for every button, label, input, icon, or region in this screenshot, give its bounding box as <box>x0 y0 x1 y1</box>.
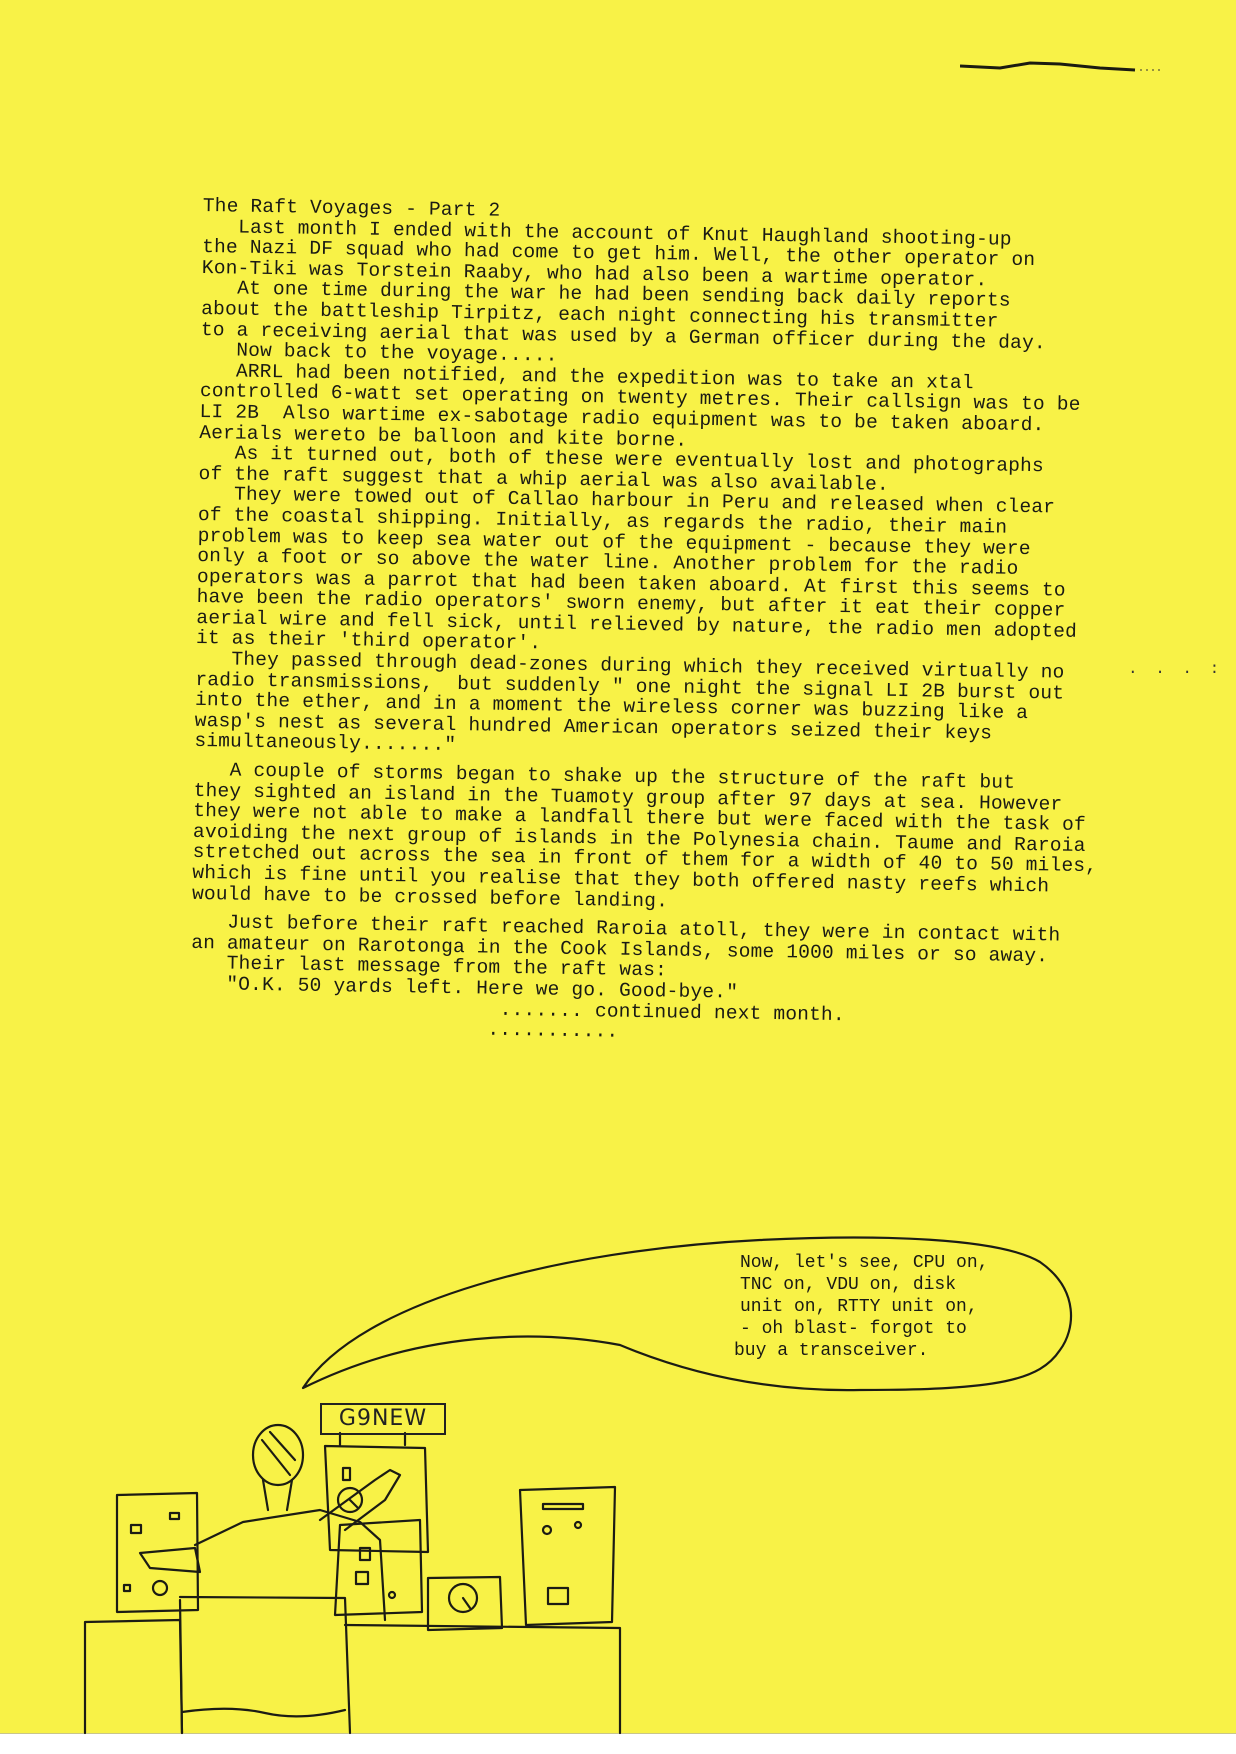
callsign-sign: G9NEW <box>320 1403 446 1435</box>
speech-bubble-text: Now, let's see, CPU on,TNC on, VDU on, d… <box>740 1252 1070 1362</box>
ink-smudge <box>960 60 1160 74</box>
speech-bubble-line: buy a transceiver. <box>734 1340 1070 1362</box>
newsletter-page: The Raft Voyages - Part 2 Last month I e… <box>0 0 1236 1733</box>
margin-marks: . . . : <box>1128 660 1223 678</box>
speech-bubble-line: - oh blast- forgot to <box>740 1318 1070 1340</box>
speech-bubble-line: TNC on, VDU on, disk <box>740 1274 1070 1296</box>
article-body: The Raft Voyages - Part 2 Last month I e… <box>190 196 1133 1050</box>
speech-bubble-line: Now, let's see, CPU on, <box>740 1252 1070 1274</box>
speech-bubble-line: unit on, RTTY unit on, <box>740 1296 1070 1318</box>
